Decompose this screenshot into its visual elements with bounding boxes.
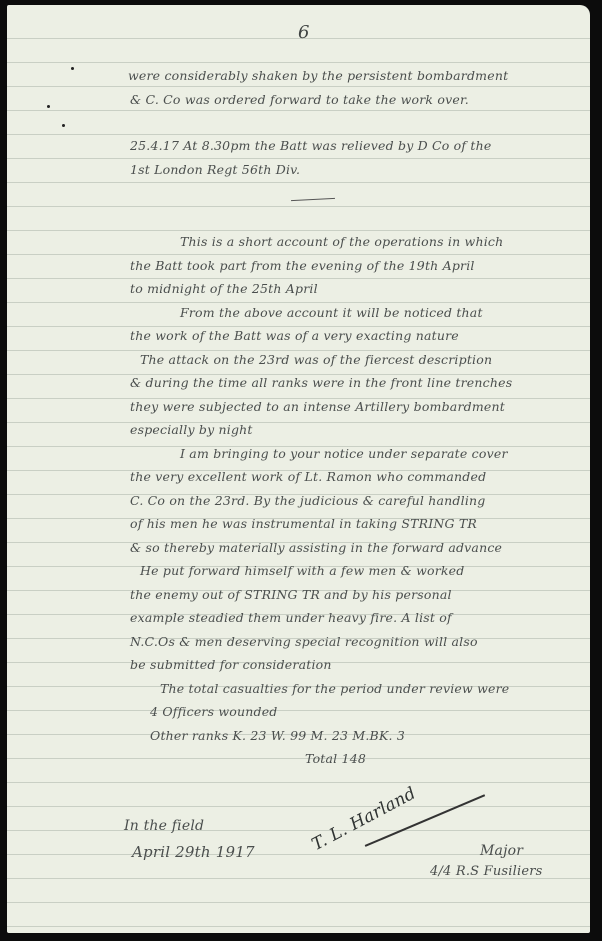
text-line: to midnight of the 25th April [130, 281, 318, 296]
text-line: N.C.Os & men deserving special recogniti… [130, 634, 478, 649]
footer-date: April 29th 1917 [132, 843, 255, 861]
text-line: they were subjected to an intense Artill… [130, 399, 505, 414]
page-number: 6 [298, 22, 310, 43]
text-line: were considerably shaken by the persiste… [128, 68, 508, 83]
text-line: He put forward himself with a few men & … [140, 563, 464, 578]
text-line: of his men he was instrumental in taking… [130, 516, 477, 531]
text-line: the very excellent work of Lt. Ramon who… [130, 469, 486, 484]
text-line: I am bringing to your notice under separ… [180, 446, 508, 461]
text-line: The attack on the 23rd was of the fierce… [140, 352, 492, 367]
text-line: From the above account it will be notice… [180, 305, 483, 320]
signatory-unit: 4/4 R.S Fusiliers [430, 864, 543, 879]
text-line: This is a short account of the operation… [180, 234, 503, 249]
footer-place: In the field [124, 818, 204, 834]
binding-hole [62, 124, 65, 127]
casualties-total: Total 148 [305, 751, 366, 766]
text-line: the enemy out of STRING TR and by his pe… [130, 587, 452, 602]
text-line: especially by night [130, 422, 253, 437]
text-line: & during the time all ranks were in the … [130, 375, 512, 390]
text-line: & so thereby materially assisting in the… [130, 540, 502, 555]
text-line: the Batt took part from the evening of t… [130, 258, 475, 273]
text-line: C. Co on the 23rd. By the judicious & ca… [130, 493, 485, 508]
text-line: & C. Co was ordered forward to take the … [130, 92, 469, 107]
casualties-other-ranks: Other ranks K. 23 W. 99 M. 23 M.BK. 3 [150, 728, 405, 743]
text-line: 1st London Regt 56th Div. [130, 162, 300, 177]
signatory-rank: Major [480, 843, 523, 859]
binding-hole [71, 67, 74, 70]
text-line: The total casualties for the period unde… [160, 681, 509, 696]
casualties-officers: 4 Officers wounded [150, 704, 278, 719]
text-line: be submitted for consideration [130, 657, 332, 672]
text-line: the work of the Batt was of a very exact… [130, 328, 459, 343]
binding-hole [47, 105, 50, 108]
text-line: 25.4.17 At 8.30pm the Batt was relieved … [130, 138, 491, 153]
text-line: example steadied them under heavy fire. … [130, 610, 452, 625]
